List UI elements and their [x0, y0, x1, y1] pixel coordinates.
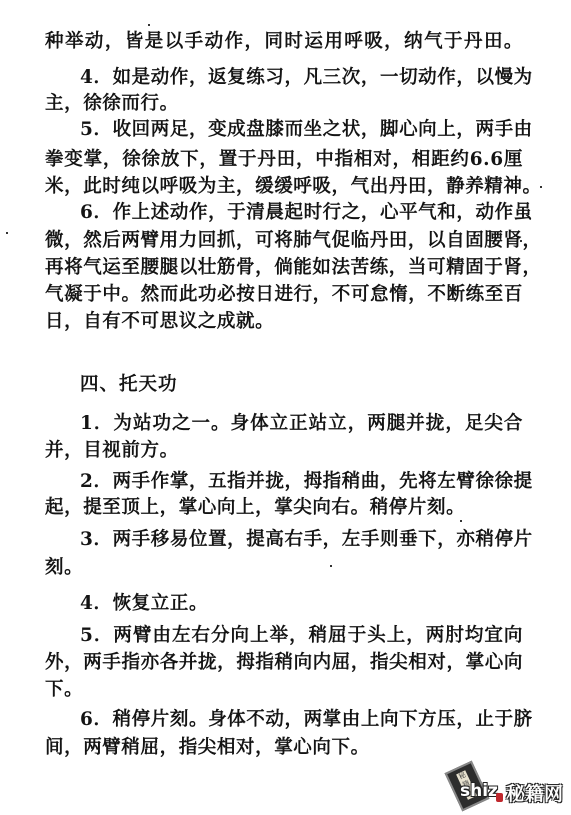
- text-line: 5．收回两足，变成盘膝而坐之状，脚心向上，两手由: [45, 119, 523, 141]
- text-line: 并，目视前方。: [45, 440, 523, 462]
- watermark-chinese-text: 秘籍网: [506, 779, 563, 806]
- text-line: 6．作上述动作，于清晨起时行之，心平气和，动作虽: [45, 202, 523, 224]
- text-line: 微，然后两臂用力回抓，可将肺气促临丹田，以自固腰肾，: [45, 230, 523, 252]
- scan-speck: [520, 240, 522, 242]
- scan-speck: [540, 186, 542, 188]
- text-line: 4．如是动作，返复练习，凡三次，一切动作，以慢为: [45, 67, 523, 89]
- text-line: 下。: [45, 679, 523, 701]
- section-heading: 四、托天功: [80, 370, 178, 396]
- text-line: 种举动，皆是以手动作，同时运用呼吸，纳气于丹田。: [45, 31, 523, 53]
- text-line: 刻。: [45, 557, 523, 579]
- text-line: 2．两手作掌，五指并拢，拇指稍曲，先将左臂徐徐提: [45, 471, 523, 493]
- text-line: 日，自有不可思议之成就。: [45, 311, 523, 333]
- text-line: 4．恢复立正。: [45, 593, 523, 615]
- text-line: 起，提至顶上，掌心向上，掌尖向右。稍停片刻。: [45, 497, 523, 519]
- text-line: 气凝于中。然而此功必按日进行，不可怠惰，不断练至百: [45, 284, 523, 306]
- text-line: 主，徐徐而行。: [45, 93, 523, 115]
- text-line: 拳变掌，徐徐放下，置于丹田，中指相对，相距约6.6厘: [45, 149, 523, 171]
- text-line: 再将气运至腰腿以壮筋骨，倘能如法苦练，当可精固于肾，: [45, 257, 523, 279]
- scan-speck: [460, 520, 462, 522]
- text-line: 米，此时纯以呼吸为主，缓缓呼吸，气出丹田，静养精神。: [45, 176, 523, 198]
- text-line: 6．稍停片刻。身体不动，两掌由上向下方压，止于脐: [45, 709, 523, 731]
- text-line: 5．两臂由左右分向上举，稍屈于头上，两肘均宜向: [45, 625, 523, 647]
- scan-speck: [148, 24, 150, 26]
- scan-speck: [6, 232, 8, 234]
- watermark-latin-text: shiz: [460, 781, 498, 801]
- watermark-logo: 秘籍 shiz 秘籍网: [430, 765, 565, 810]
- seal-icon: [496, 793, 503, 802]
- text-line: 外，两手指亦各并拢，拇指稍向内屈，指尖相对，掌心向: [45, 652, 523, 674]
- text-line: 3．两手移易位置，提高右手，左手则垂下，亦稍停片: [45, 529, 523, 551]
- text-line: 间，两臂稍屈，指尖相对，掌心向下。: [45, 737, 523, 759]
- scan-speck: [330, 565, 332, 567]
- text-line: 1．为站功之一。身体立正站立，两腿并拢，足尖合: [45, 413, 523, 435]
